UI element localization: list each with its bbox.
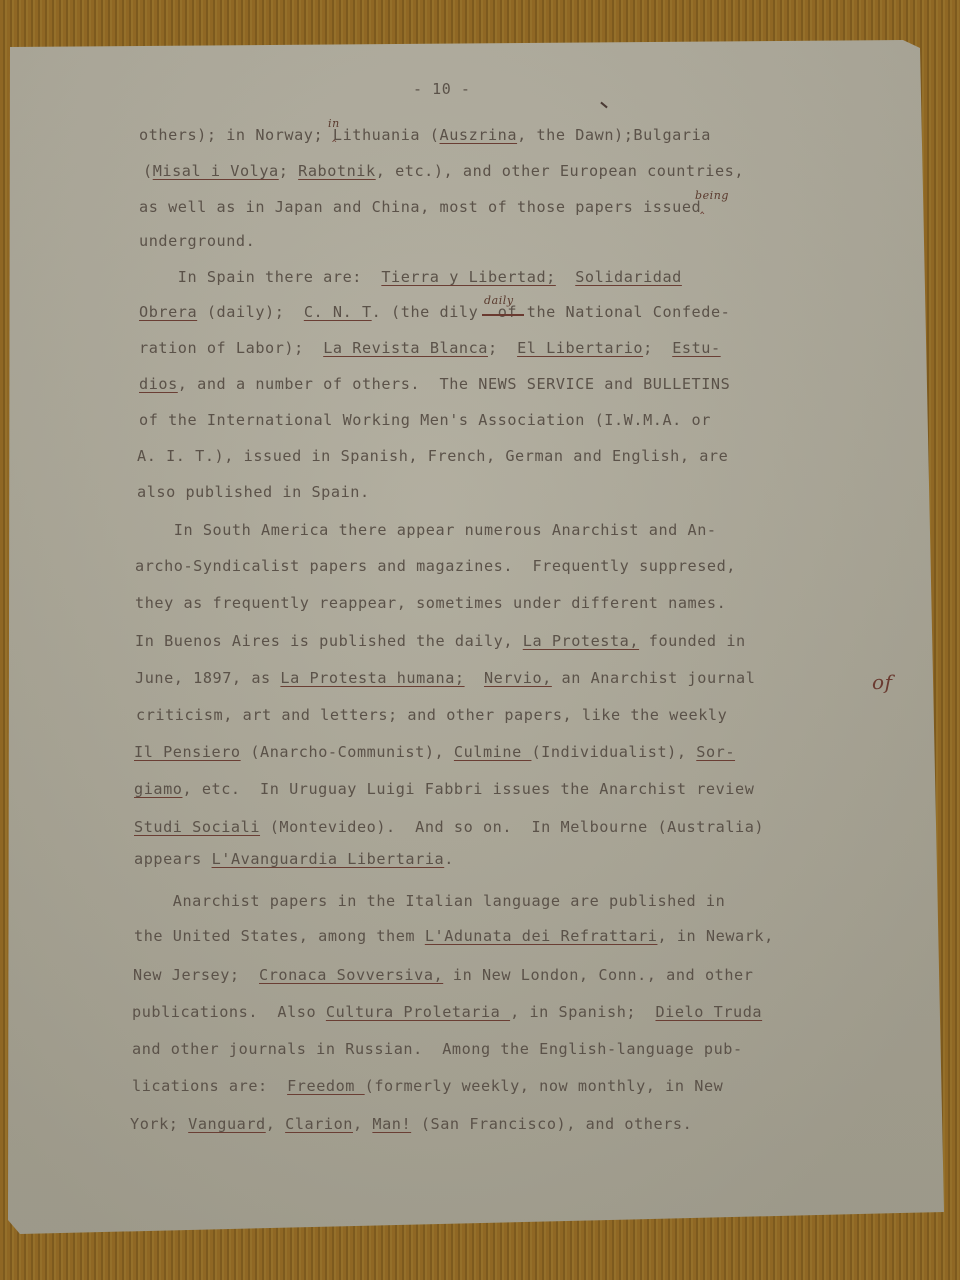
underlined-title: giamo bbox=[134, 780, 182, 798]
underlined-title: dios bbox=[139, 375, 178, 393]
underlined-title: Tierra y Libertad; bbox=[381, 268, 556, 286]
pen-mark bbox=[600, 102, 607, 109]
text-line: lications are: Freedom (formerly weekly,… bbox=[132, 1079, 723, 1094]
underlined-title: Cronaca Sovversiva, bbox=[259, 966, 443, 984]
text-line: giamo, etc. In Uruguay Luigi Fabbri issu… bbox=[134, 782, 754, 797]
text-segment: criticism, art and letters; and other pa… bbox=[136, 706, 727, 724]
text-segment: , etc.), and other European countries, bbox=[376, 162, 744, 180]
underlined-title: C. N. T bbox=[304, 303, 372, 321]
text-segment: , in Newark, bbox=[657, 927, 773, 945]
text-line: York; Vanguard, Clarion, Man! (San Franc… bbox=[130, 1117, 692, 1132]
strikethrough bbox=[482, 314, 524, 316]
underlined-title: L'Avanguardia Libertaria bbox=[212, 850, 445, 868]
underlined-title: Studi Sociali bbox=[134, 818, 260, 836]
text-segment: in New London, Conn., and other bbox=[443, 966, 753, 984]
text-segment: an Anarchist journal bbox=[552, 669, 756, 687]
underlined-title: Il Pensiero bbox=[134, 743, 241, 761]
text-segment: , in Spanish; bbox=[510, 1003, 655, 1021]
underlined-title: Culmine bbox=[454, 743, 532, 761]
page-number: - 10 - bbox=[413, 80, 471, 98]
text-line: as well as in Japan and China, most of t… bbox=[139, 200, 701, 215]
text-line: Anarchist papers in the Italian language… bbox=[134, 894, 725, 909]
text-line: Studi Sociali (Montevideo). And so on. I… bbox=[134, 820, 764, 835]
text-segment: ; bbox=[488, 339, 517, 357]
text-segment: also published in Spain. bbox=[137, 483, 370, 501]
text-segment: , bbox=[353, 1115, 372, 1133]
text-segment: York; bbox=[130, 1115, 188, 1133]
text-segment: founded in bbox=[639, 632, 746, 650]
text-segment: , the Dawn);Bulgaria bbox=[517, 126, 711, 144]
insertion-caret: ‸ bbox=[700, 200, 705, 215]
text-segment: ; bbox=[643, 339, 672, 357]
text-segment: (San Francisco), and others. bbox=[411, 1115, 692, 1133]
text-line: In Spain there are: Tierra y Libertad; S… bbox=[139, 270, 682, 285]
text-segment: In Spain there are: bbox=[139, 268, 381, 286]
handwritten-insert-daily: daily bbox=[484, 294, 514, 307]
underlined-title: Obrera bbox=[139, 303, 197, 321]
text-segment: archo-Syndicalist papers and magazines. … bbox=[135, 557, 736, 575]
text-line: In Buenos Aires is published the daily, … bbox=[135, 634, 746, 649]
typewritten-page: - 10 - others); in Norway; Lithuania (Au… bbox=[0, 0, 960, 1280]
text-line: ration of Labor); La Revista Blanca; El … bbox=[139, 341, 721, 356]
text-segment: , bbox=[266, 1115, 285, 1133]
text-segment: (daily); bbox=[197, 303, 304, 321]
text-segment: , etc. In Uruguay Luigi Fabbri issues th… bbox=[182, 780, 754, 798]
text-segment: A. I. T.), issued in Spanish, French, Ge… bbox=[137, 447, 728, 465]
text-line: underground. bbox=[139, 234, 255, 249]
underlined-title: Auszrina bbox=[440, 126, 518, 144]
text-segment: (Individualist), bbox=[531, 743, 696, 761]
text-segment: and other journals in Russian. Among the… bbox=[132, 1040, 743, 1058]
text-line: (Misal i Volya; Rabotnik, etc.), and oth… bbox=[143, 164, 744, 179]
text-segment: of the International Working Men's Assoc… bbox=[139, 411, 711, 429]
text-segment: Lithuania ( bbox=[333, 126, 440, 144]
underlined-title: Dielo Truda bbox=[655, 1003, 762, 1021]
text-segment: underground. bbox=[139, 232, 255, 250]
text-segment: (Montevideo). And so on. In Melbourne (A… bbox=[260, 818, 764, 836]
text-line: A. I. T.), issued in Spanish, French, Ge… bbox=[137, 449, 728, 464]
underlined-title: Nervio, bbox=[484, 669, 552, 687]
text-line: the United States, among them L'Adunata … bbox=[134, 929, 774, 944]
text-segment: the United States, among them bbox=[134, 927, 425, 945]
text-segment: (formerly weekly, now monthly, in New bbox=[365, 1077, 724, 1095]
underlined-title: Freedom bbox=[287, 1077, 365, 1095]
text-segment: publications. Also bbox=[132, 1003, 326, 1021]
underlined-title: Cultura Proletaria bbox=[326, 1003, 510, 1021]
text-segment: lications are: bbox=[132, 1077, 287, 1095]
text-line: and other journals in Russian. Among the… bbox=[132, 1042, 743, 1057]
underlined-title: Rabotnik bbox=[298, 162, 376, 180]
text-segment: In South America there appear numerous A… bbox=[135, 521, 717, 539]
text-segment: . bbox=[444, 850, 454, 868]
underlined-title: La Protesta humana; bbox=[280, 669, 464, 687]
text-segment: ( bbox=[143, 162, 153, 180]
text-segment: ration of Labor); bbox=[139, 339, 323, 357]
text-segment bbox=[556, 268, 575, 286]
text-segment: as well as in Japan and China, most of t… bbox=[139, 198, 701, 216]
text-line: publications. Also Cultura Proletaria , … bbox=[132, 1005, 762, 1020]
text-line: also published in Spain. bbox=[137, 485, 370, 500]
text-line: others); in Norway; Lithuania (Auszrina,… bbox=[139, 128, 711, 143]
handwritten-margin-of: of bbox=[872, 670, 893, 694]
text-segment: , and a number of others. The NEWS SERVI… bbox=[178, 375, 731, 393]
insertion-caret: ‸ bbox=[332, 128, 337, 143]
text-segment: In Buenos Aires is published the daily, bbox=[135, 632, 523, 650]
text-segment: . (the dily of the National Confede- bbox=[372, 303, 731, 321]
text-segment: others); in Norway; bbox=[139, 126, 333, 144]
text-line: criticism, art and letters; and other pa… bbox=[136, 708, 727, 723]
text-line: they as frequently reappear, sometimes u… bbox=[135, 596, 726, 611]
text-line: of the International Working Men's Assoc… bbox=[139, 413, 711, 428]
text-segment: (Anarcho-Communist), bbox=[241, 743, 454, 761]
text-segment: ; bbox=[279, 162, 298, 180]
text-segment: appears bbox=[134, 850, 212, 868]
underlined-title: Misal i Volya bbox=[153, 162, 279, 180]
underlined-title: Clarion bbox=[285, 1115, 353, 1133]
text-segment: they as frequently reappear, sometimes u… bbox=[135, 594, 726, 612]
text-segment: June, 1897, as bbox=[135, 669, 280, 687]
text-line: In South America there appear numerous A… bbox=[135, 523, 717, 538]
underlined-title: El Libertario bbox=[517, 339, 643, 357]
text-segment bbox=[465, 669, 484, 687]
text-segment: New Jersey; bbox=[133, 966, 259, 984]
text-line: appears L'Avanguardia Libertaria. bbox=[134, 852, 454, 867]
text-line: Il Pensiero (Anarcho-Communist), Culmine… bbox=[134, 745, 735, 760]
underlined-title: Solidaridad bbox=[575, 268, 682, 286]
underlined-title: La Protesta, bbox=[523, 632, 639, 650]
text-line: Obrera (daily); C. N. T. (the dily of th… bbox=[139, 305, 730, 320]
text-line: New Jersey; Cronaca Sovversiva, in New L… bbox=[133, 968, 753, 983]
underlined-title: Estu- bbox=[672, 339, 720, 357]
underlined-title: Sor- bbox=[696, 743, 735, 761]
text-segment: Anarchist papers in the Italian language… bbox=[134, 892, 725, 910]
underlined-title: La Revista Blanca bbox=[323, 339, 488, 357]
underlined-title: L'Adunata dei Refrattari bbox=[425, 927, 658, 945]
underlined-title: Vanguard bbox=[188, 1115, 266, 1133]
text-line: June, 1897, as La Protesta humana; Nervi… bbox=[135, 671, 755, 686]
underlined-title: Man! bbox=[372, 1115, 411, 1133]
text-line: archo-Syndicalist papers and magazines. … bbox=[135, 559, 736, 574]
text-line: dios, and a number of others. The NEWS S… bbox=[139, 377, 730, 392]
